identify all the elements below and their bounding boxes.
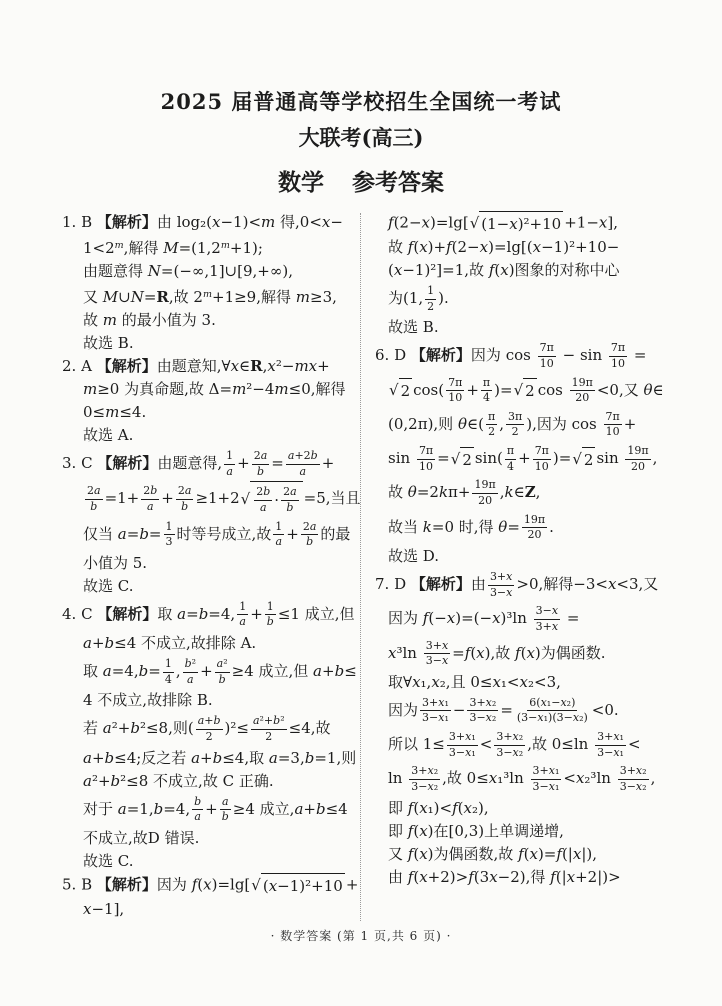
text-line: ln 3+x₂3−x₂,故 0≤x₁³ln 3+x₁3−x₁<x₂³ln 3+x… (375, 762, 682, 796)
text-line: 故 θ=2kπ+19π20,k∈Z, (375, 476, 682, 510)
text-line: 4 不成立,故排除 B. (62, 689, 356, 712)
answer-columns: 1. B 【解析】由 log₂(x−1)<m 得,0<x−1<2m,解得 M=(… (62, 211, 682, 921)
answer-key-title: 数学参考答案 (0, 164, 722, 197)
text-line: 6. D 【解析】因为 cos 7π10 − sin 7π10 = (375, 339, 682, 373)
text-line: 由 f(x+2)>f(3x−2),得 f(|x+2|)> (375, 866, 682, 889)
footer-text: · 数学答案 (第 1 页,共 6 页) · (271, 929, 452, 943)
text-line: 7. D 【解析】由3+x3−x>0,解得−3<x<3,又 (375, 568, 682, 602)
text-line: 若 a²+b²≤8,则(a+b2)²≤a²+b²2≤4,故 (62, 712, 356, 746)
text-line: sin 7π10=√2sin(π4+7π10)=√2sin 19π20, (375, 442, 682, 476)
text-line: √2cos(7π10+π4)=√2cos 19π20<0,又 θ∈ (375, 374, 682, 408)
text-line: 所以 1≤3+x₁3−x₁<3+x₂3−x₂,故 0≤ln 3+x₁3−x₁< (375, 728, 682, 762)
text-line: x−1], (62, 898, 356, 921)
text-line: 0≤m≤4. (62, 401, 356, 424)
text-line: 故选 D. (375, 545, 682, 568)
text-line: 故当 k=0 时,得 θ=19π20. (375, 511, 682, 545)
text-line: a+b≤4 不成立,故排除 A. (62, 632, 356, 655)
subject-label: 数学 (278, 169, 324, 196)
text-line: a+b≤4;反之若 a+b≤4,取 a=3,b=1,则 (62, 747, 356, 770)
text-line: 故选 A. (62, 424, 356, 447)
text-line: 对于 a=1,b=4,ba+ab≥4 成立,a+b≤4 (62, 793, 356, 827)
text-line: 1. B 【解析】由 log₂(x−1)<m 得,0<x− (62, 211, 356, 234)
text-line: 小值为 5. (62, 552, 356, 575)
text-line: 2ab=1+2ba+2ab≥1+2√2ba · 2ab=5,当且 (62, 481, 356, 517)
text-line: 1<2m,解得 M=(1,2m+1); (62, 234, 356, 260)
text-line: 即 f(x)在[0,3)上单调递增, (375, 820, 682, 843)
text-line: 即 f(x₁)<f(x₂), (375, 797, 682, 820)
text-line: 由题意得 N=(−∞,1]∪[9,+∞), (62, 260, 356, 283)
text-line: 因为 f(−x)=(−x)³ln 3−x3+x = (375, 602, 682, 636)
text-line: 又 f(x)为偶函数,故 f(x)=f(|x|), (375, 843, 682, 866)
column-right: f(2−x)=lg[√(1−x)²+10+1−x],故 f(x)+f(2−x)=… (375, 211, 682, 921)
exam-subtitle: 大联考(高三) (0, 122, 722, 152)
text-line: 3. C 【解析】由题意得,1a+2ab=a+2ba+ (62, 447, 356, 481)
exam-title: 2025 届普通高等学校招生全国统一考试 (0, 86, 722, 116)
text-line: 不成立,故D 错误. (62, 827, 356, 850)
caption-label: 参考答案 (352, 169, 444, 196)
text-line: 4. C 【解析】取 a=b=4,1a+1b≤1 成立,但 (62, 598, 356, 632)
text-line: 又 M∪N=R,故 2m+1≥9,解得 m≥3, (62, 283, 356, 309)
text-line: 故选 B. (375, 316, 682, 339)
text-line: 因为3+x₁3−x₁−3+x₂3−x₂=6(x₁−x₂)(3−x₁)(3−x₂)… (375, 694, 682, 728)
text-line: 取 a=4,b=14,b²a+a²b≥4 成立,但 a+b≤ (62, 655, 356, 689)
text-line: (0,2π),则 θ∈(π2,3π2),因为 cos 7π10+ (375, 408, 682, 442)
text-line: 2. A 【解析】由题意知,∀x∈R,x²−mx+ (62, 355, 356, 378)
text-line: m≥0 为真命题,故 Δ=m²−4m≤0,解得 (62, 378, 356, 401)
text-line: 取∀x₁,x₂,且 0≤x₁<x₂<3, (375, 671, 682, 694)
document-header: 2025 届普通高等学校招生全国统一考试 大联考(高三) 数学参考答案 (0, 0, 722, 197)
text-line: x³ln 3+x3−x=f(x),故 f(x)为偶函数. (375, 637, 682, 671)
text-line: 故 m 的最小值为 3. (62, 309, 356, 332)
text-line: 故选 B. (62, 332, 356, 355)
text-line: 故选 C. (62, 575, 356, 598)
text-line: f(2−x)=lg[√(1−x)²+10+1−x], (375, 211, 682, 236)
text-line: 仅当 a=b=13时等号成立,故1a+2ab的最 (62, 518, 356, 552)
text-line: 故 f(x)+f(2−x)=lg[(x−1)²+10− (375, 236, 682, 259)
document-page: 2025 届普通高等学校招生全国统一考试 大联考(高三) 数学参考答案 1. B… (0, 0, 722, 1006)
text-line: 为(1,12). (375, 282, 682, 316)
text-line: 故选 C. (62, 850, 356, 873)
page-footer: · 数学答案 (第 1 页,共 6 页) · (0, 927, 722, 944)
text-line: a²+b²≤8 不成立,故 C 正确. (62, 770, 356, 793)
text-line: 5. B 【解析】因为 f(x)=lg[√(x−1)²+10+ (62, 873, 356, 898)
text-line: (x−1)²]=1,故 f(x)图象的对称中心 (375, 259, 682, 282)
column-divider (360, 213, 361, 921)
column-left: 1. B 【解析】由 log₂(x−1)<m 得,0<x−1<2m,解得 M=(… (62, 211, 356, 921)
